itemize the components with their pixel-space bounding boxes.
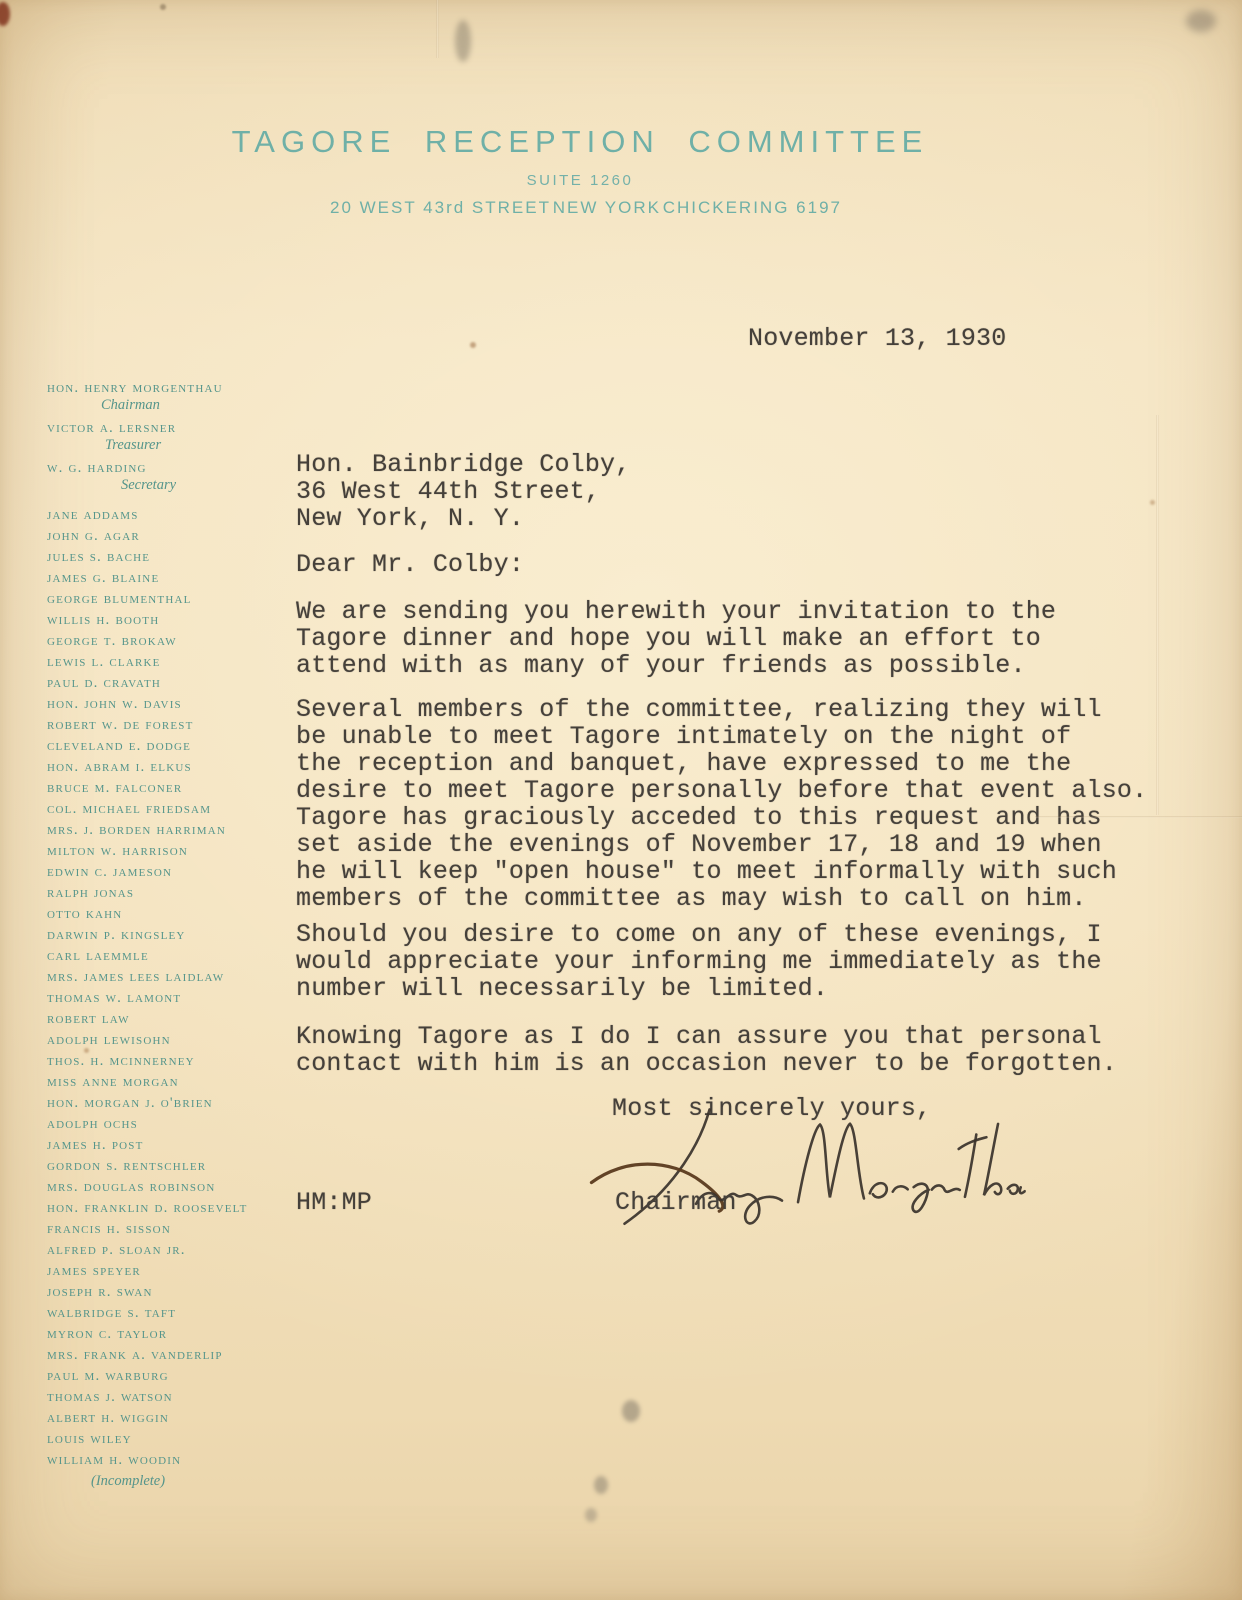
committee-member: Mrs. Douglas Robinson	[47, 1177, 287, 1198]
committee-member: Miss Anne Morgan	[47, 1072, 287, 1093]
committee-officer: Victor A. Lersner Treasurer	[47, 421, 287, 461]
committee-member: Darwin P. Kingsley	[47, 925, 287, 946]
committee-member: George Blumenthal	[47, 589, 287, 610]
committee-member: James G. Blaine	[47, 568, 287, 589]
committee-member: Cleveland E. Dodge	[47, 736, 287, 757]
committee-member: Robert Law	[47, 1009, 287, 1030]
letterhead-city: NEW YORK	[553, 198, 661, 218]
committee-member: Milton W. Harrison	[47, 841, 287, 862]
scanned-letter-page: TAGORE RECEPTION COMMITTEE SUITE 1260 20…	[0, 0, 1242, 1600]
committee-member: Hon. Morgan J. O'Brien	[47, 1093, 287, 1114]
paper-smudge	[585, 1508, 597, 1522]
committee-member: Louis Wiley	[47, 1429, 287, 1450]
committee-member: Alfred P. Sloan Jr.	[47, 1240, 287, 1261]
committee-member: Walbridge S. Taft	[47, 1303, 287, 1324]
roster-incomplete-note: (Incomplete)	[47, 1471, 287, 1492]
committee-roster: Hon. Henry Morgenthau Chairman Victor A.…	[47, 381, 287, 1492]
committee-member: Jules S. Bache	[47, 547, 287, 568]
committee-member: Carl Laemmle	[47, 946, 287, 967]
paper-speck	[160, 4, 166, 10]
signer-title: Chairman	[615, 1189, 737, 1216]
committee-member: William H. Woodin	[47, 1450, 287, 1471]
committee-member: Bruce M. Falconer	[47, 778, 287, 799]
paper-crease	[436, 0, 439, 58]
committee-member: Francis H. Sisson	[47, 1219, 287, 1240]
committee-member: Paul D. Cravath	[47, 673, 287, 694]
committee-member: Adolph Lewisohn	[47, 1030, 287, 1051]
committee-officer: Hon. Henry Morgenthau Chairman	[47, 381, 287, 421]
paper-speck	[1150, 500, 1155, 505]
committee-member: Mrs. Frank A. Vanderlip	[47, 1345, 287, 1366]
recipient-address: Hon. Bainbridge Colby, 36 West 44th Stre…	[296, 451, 630, 532]
committee-member: James Speyer	[47, 1261, 287, 1282]
letterhead-street: 20 WEST 43rd STREET	[330, 198, 551, 218]
corner-stain	[0, 2, 10, 26]
committee-member: Hon. John W. Davis	[47, 694, 287, 715]
committee-member: Thomas J. Watson	[47, 1387, 287, 1408]
paper-speck	[470, 342, 476, 348]
committee-member: Robert W. De Forest	[47, 715, 287, 736]
committee-member: Jane Addams	[47, 505, 287, 526]
committee-member: Thomas W. Lamont	[47, 988, 287, 1009]
committee-member: Col. Michael Friedsam	[47, 799, 287, 820]
officer-name: W. G. Harding	[47, 461, 287, 476]
paper-crease	[1156, 415, 1159, 815]
committee-member: Mrs. James Lees Laidlaw	[47, 967, 287, 988]
committee-member: Mrs. J. Borden Harriman	[47, 820, 287, 841]
letterhead-suite: SUITE 1260	[0, 172, 1160, 189]
committee-member: John G. Agar	[47, 526, 287, 547]
committee-member: Albert H. Wiggin	[47, 1408, 287, 1429]
committee-member: Edwin C. Jameson	[47, 862, 287, 883]
letter-paragraph: Several members of the committee, realiz…	[296, 696, 1147, 912]
committee-officer: W. G. Harding Secretary	[47, 461, 287, 501]
committee-member: Otto Kahn	[47, 904, 287, 925]
committee-member: Joseph R. Swan	[47, 1282, 287, 1303]
committee-member-list: Jane AddamsJohn G. AgarJules S. BacheJam…	[47, 505, 287, 1471]
committee-member: Paul M. Warburg	[47, 1366, 287, 1387]
committee-member: Adolph Ochs	[47, 1114, 287, 1135]
committee-member: James H. Post	[47, 1135, 287, 1156]
paper-smudge	[594, 1476, 608, 1494]
committee-member: Lewis L. Clarke	[47, 652, 287, 673]
letter-paragraph: We are sending you herewith your invitat…	[296, 598, 1056, 679]
committee-member: Willis H. Booth	[47, 610, 287, 631]
officer-title: Treasurer	[47, 438, 287, 452]
officer-name: Hon. Henry Morgenthau	[47, 381, 287, 396]
officer-title: Chairman	[47, 398, 287, 412]
letter-paragraph: Knowing Tagore as I do I can assure you …	[296, 1023, 1117, 1077]
letter-paragraph: Should you desire to come on any of thes…	[296, 921, 1102, 1002]
committee-member: Ralph Jonas	[47, 883, 287, 904]
reference-initials: HM:MP	[296, 1189, 372, 1216]
paper-stain	[455, 20, 471, 62]
committee-member: Hon. Franklin D. Roosevelt	[47, 1198, 287, 1219]
letterhead-phone: CHICKERING 6197	[663, 198, 842, 218]
committee-member: Myron C. Taylor	[47, 1324, 287, 1345]
officer-title: Secretary	[47, 478, 287, 492]
committee-member: Hon. Abram I. Elkus	[47, 757, 287, 778]
letterhead-title: TAGORE RECEPTION COMMITTEE	[0, 124, 1160, 160]
committee-member: Thos. H. McInnerney	[47, 1051, 287, 1072]
committee-member: Gordon S. Rentschler	[47, 1156, 287, 1177]
salutation: Dear Mr. Colby:	[296, 551, 524, 578]
letter-date: November 13, 1930	[748, 325, 1006, 352]
officer-name: Victor A. Lersner	[47, 421, 287, 436]
paper-stain	[1186, 10, 1216, 32]
committee-member: George T. Brokaw	[47, 631, 287, 652]
letterhead-address-row: 20 WEST 43rd STREET NEW YORK CHICKERING …	[330, 198, 842, 218]
paper-smudge	[622, 1400, 640, 1422]
